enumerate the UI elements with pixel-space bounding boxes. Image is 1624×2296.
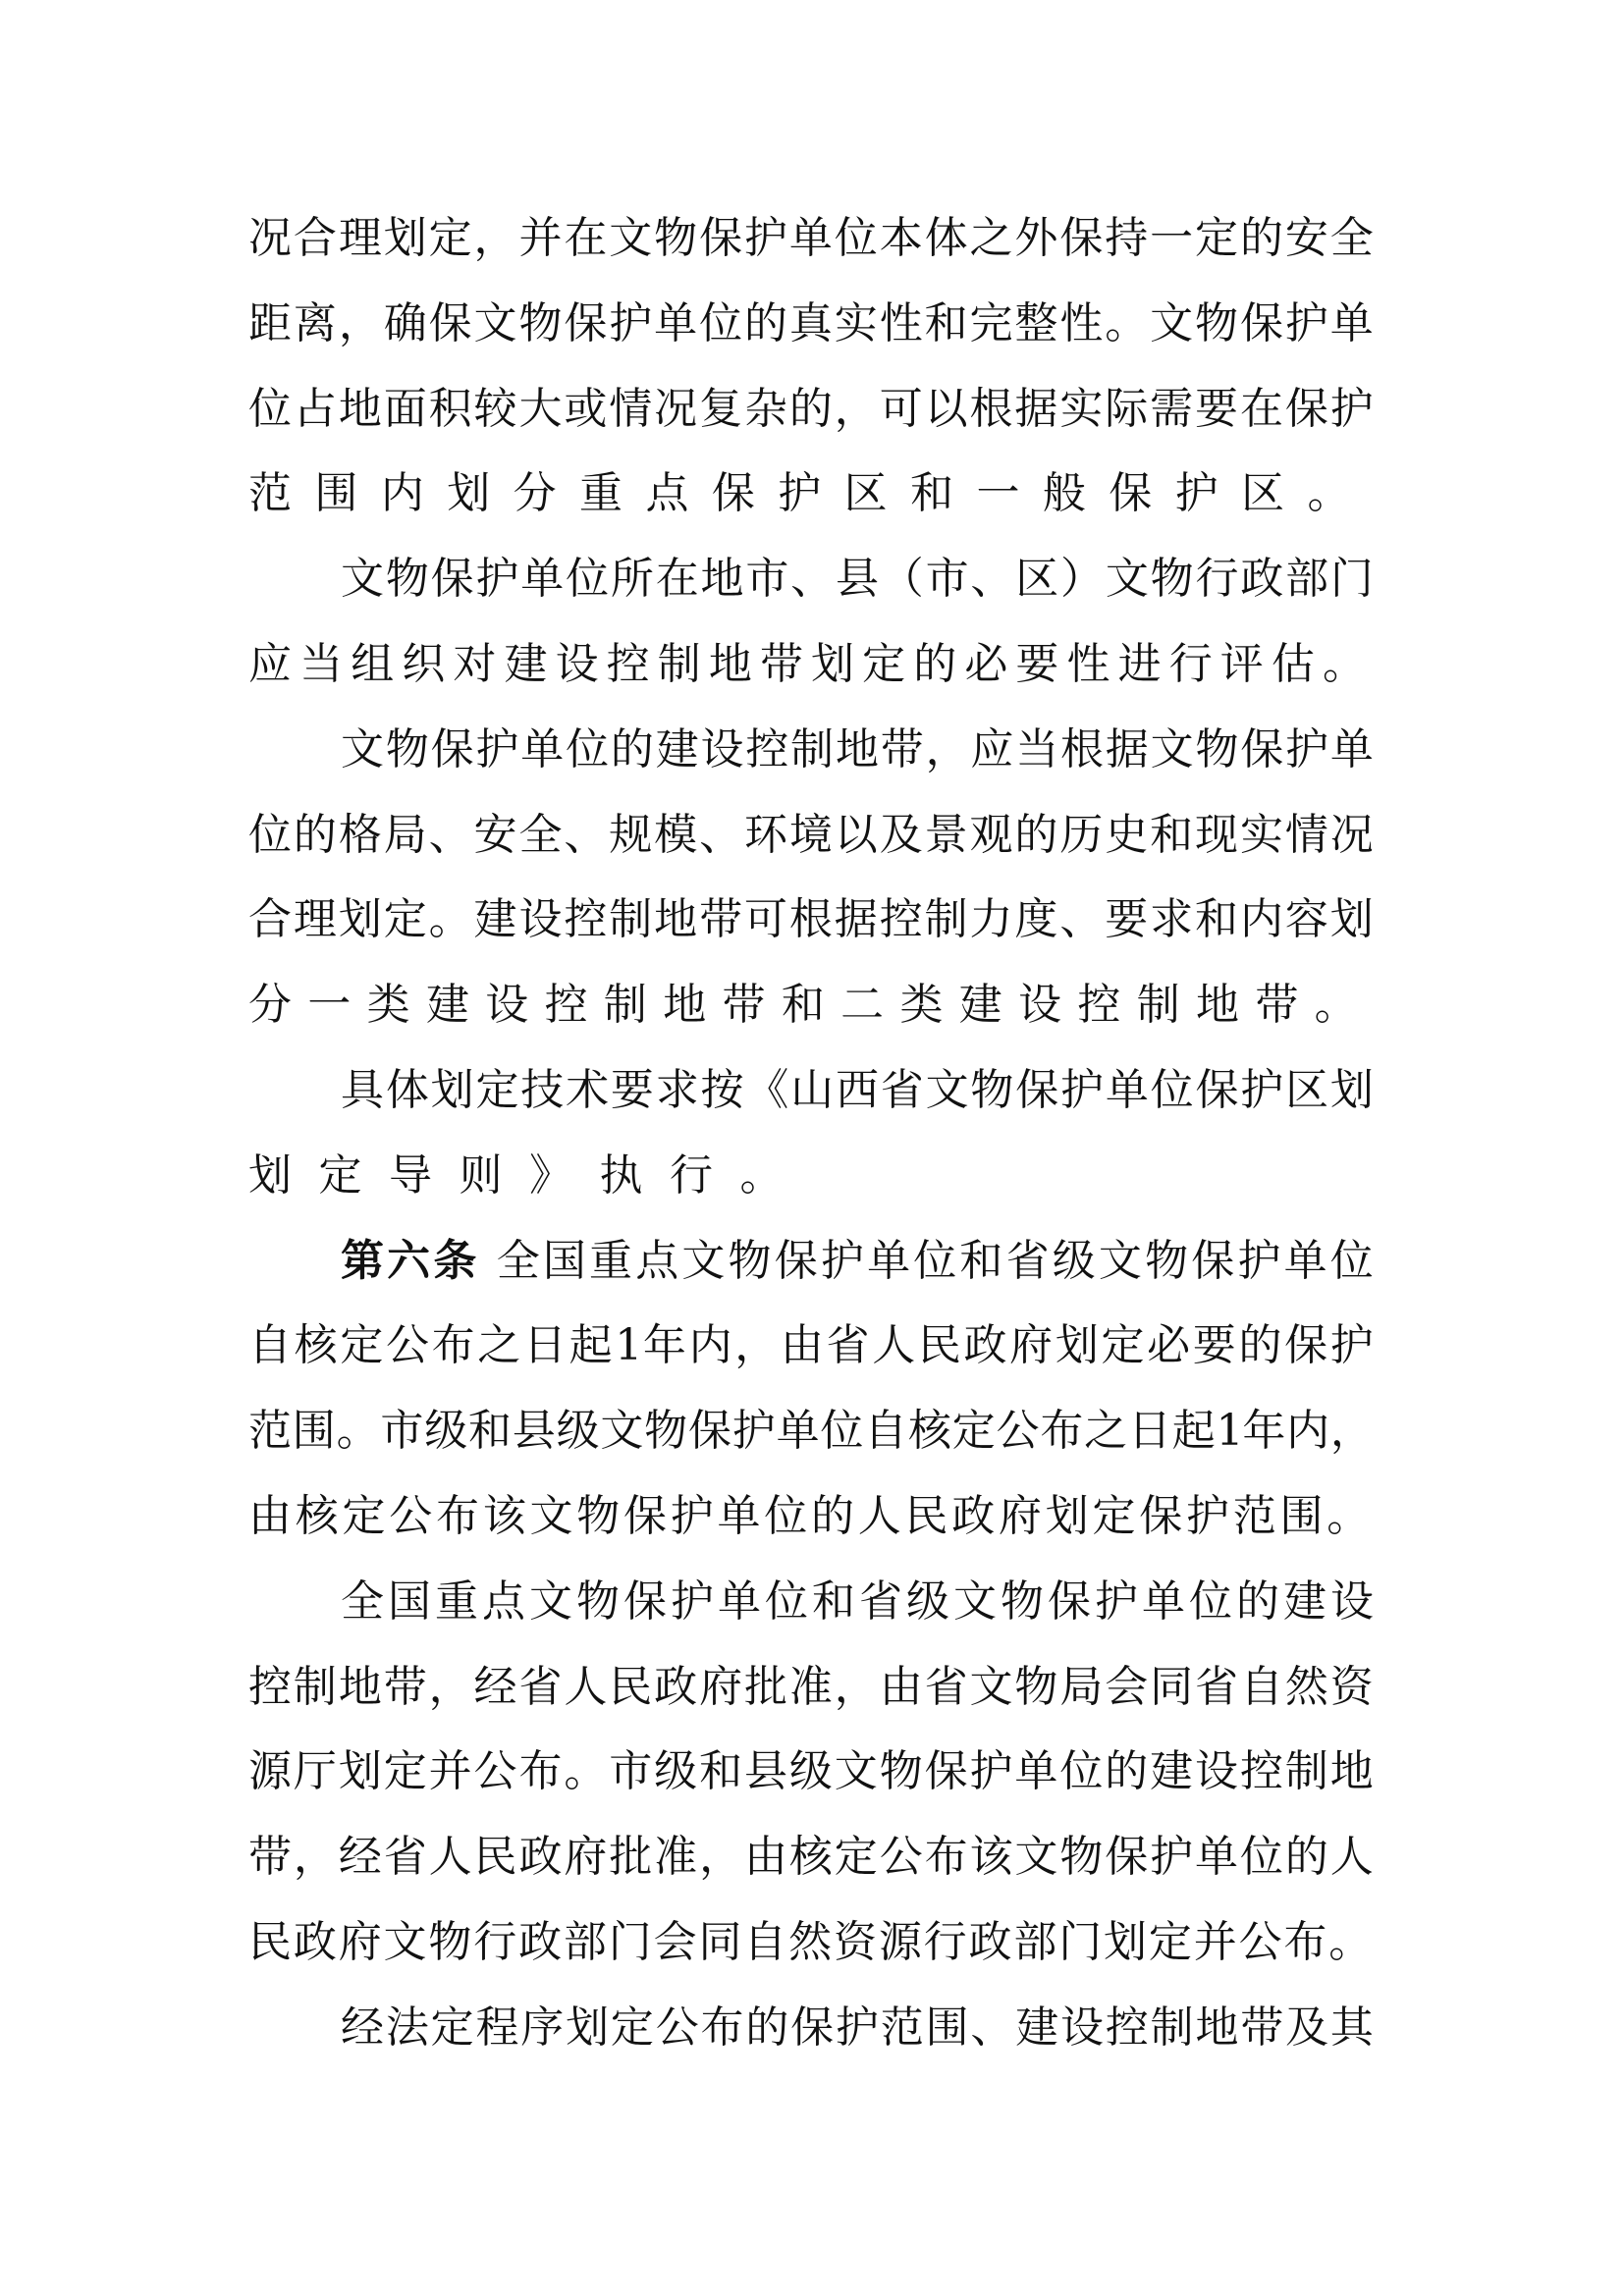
text-char: 在 — [564, 209, 607, 268]
text-char: 范 — [881, 1999, 924, 2057]
text-char: 位 — [765, 1573, 808, 1631]
text-char: 组 — [351, 635, 402, 694]
text-char: 保 — [1139, 1487, 1186, 1546]
text-char: 的 — [745, 1999, 788, 2057]
text-char: 物 — [1195, 721, 1238, 779]
text-char: 按 — [701, 1061, 744, 1120]
text-char: 核 — [296, 1487, 343, 1546]
text-char: 市 — [609, 1742, 652, 1801]
text-char: 地 — [1195, 1999, 1238, 2057]
text-char: 布 — [701, 1999, 744, 2057]
text-line: 况合理划定，并在文物保护单位本体之外保持一定的安全 — [248, 209, 1374, 294]
text-char: 制 — [1285, 1742, 1328, 1801]
text-line: 民政府文物行政部门会同自然资源行政部门划定并公布。 — [248, 1913, 1374, 1999]
text-line: 控制地带，经省人民政府批准，由省文物局会同省自然资 — [248, 1658, 1374, 1743]
text-char: 的 — [1238, 1316, 1281, 1375]
text-char: 建 — [656, 721, 699, 779]
text-char: 保 — [1191, 1232, 1234, 1291]
text-char: 由 — [248, 1487, 296, 1546]
text-char: 级 — [654, 1742, 697, 1801]
text-char: 物 — [970, 1061, 1013, 1120]
text-line: 源厅划定并公布。市级和县级文物保护单位的建设控制地 — [248, 1742, 1374, 1828]
text-char: 重 — [579, 464, 645, 523]
text-char: 划 — [339, 890, 382, 949]
text-char: 或 — [564, 380, 607, 439]
text-char: 和 — [925, 294, 968, 353]
text-char: 实 — [1240, 806, 1283, 865]
text-char: 民 — [905, 1487, 952, 1546]
text-char: 地 — [709, 635, 760, 694]
text-char: 1 — [1217, 1402, 1242, 1461]
text-line: 应当组织对建设控制地带划定的必要性进行评估。 — [248, 635, 1374, 721]
text-char: 保 — [1109, 464, 1174, 523]
text-char: 护 — [744, 209, 787, 268]
text-char: 况 — [654, 380, 697, 439]
text-char: 设 — [701, 721, 744, 779]
text-char: 划 — [1330, 1061, 1374, 1120]
text-char: 。 — [1308, 464, 1374, 523]
text-char: 核 — [789, 1828, 833, 1887]
text-char: 围 — [314, 464, 380, 523]
text-char: 公 — [997, 1402, 1040, 1461]
text-char: 府 — [699, 1658, 742, 1717]
text-char: 根 — [1060, 721, 1104, 779]
text-char: 要 — [611, 1061, 654, 1120]
text-char: 行 — [924, 1913, 969, 1972]
text-char: 分 — [514, 464, 579, 523]
text-char: 批 — [609, 1828, 652, 1887]
text-char: 护 — [970, 1742, 1013, 1801]
text-char: 情 — [1285, 806, 1328, 865]
text-char: 划 — [384, 209, 427, 268]
text-char: 性 — [1059, 294, 1103, 353]
text-char: 政 — [951, 1487, 999, 1546]
text-char: 点 — [635, 1232, 678, 1291]
text-char: 政 — [654, 1658, 697, 1717]
text-char: 布 — [1040, 1402, 1083, 1461]
text-char: 带 — [1255, 976, 1314, 1035]
text-char: 设 — [518, 890, 562, 949]
text-char: 必 — [964, 635, 1015, 694]
text-char: 区 — [1015, 550, 1058, 609]
text-char: 门 — [1330, 550, 1374, 609]
text-char: 公 — [474, 1742, 517, 1801]
text-char: 术 — [566, 1061, 609, 1120]
text-char: 及 — [880, 806, 923, 865]
text-char: 门 — [609, 1913, 654, 1972]
text-char: 物 — [1014, 1658, 1057, 1717]
text-char: 单 — [1014, 1742, 1057, 1801]
text-char: 重 — [435, 1573, 478, 1631]
text-char: 政 — [294, 1913, 339, 1972]
text-char: 省 — [881, 1061, 924, 1120]
text-char: 的 — [1236, 1573, 1279, 1631]
text-char: 级 — [1053, 1232, 1096, 1291]
text-char: 公 — [386, 1316, 429, 1375]
text-char: 制 — [294, 1658, 337, 1717]
text-char: 护 — [609, 294, 652, 353]
text-char: 求 — [656, 1061, 699, 1120]
text-char: 重 — [589, 1232, 632, 1291]
text-char: 求 — [1150, 890, 1193, 949]
text-char: 单 — [777, 1402, 820, 1461]
text-char: 地 — [339, 1658, 382, 1717]
text-char: 物 — [1195, 294, 1238, 353]
text-char: 护 — [1330, 380, 1374, 439]
text-line: 划定导则》执行。 — [248, 1147, 1374, 1232]
text-char: 会 — [654, 1913, 699, 1972]
text-char: 导 — [389, 1147, 460, 1205]
text-char: 具 — [341, 1061, 384, 1120]
text-char: 据 — [835, 890, 878, 949]
text-char: 位 — [248, 380, 292, 439]
text-char: 单 — [1284, 1232, 1327, 1291]
text-char: 单 — [867, 1232, 910, 1291]
text-char: 布 — [432, 1316, 475, 1375]
text-char: 部 — [1013, 1913, 1058, 1972]
text-char: 据 — [1106, 721, 1149, 779]
text-char: 市 — [745, 550, 788, 609]
text-char: 序 — [520, 1999, 564, 2057]
text-char: 景 — [925, 806, 968, 865]
text-char: 对 — [453, 635, 504, 694]
text-char: 位 — [1151, 1061, 1194, 1120]
text-char: 准 — [789, 1658, 833, 1717]
text-char: 划 — [1046, 1487, 1093, 1546]
text-char: 建 — [1283, 1573, 1326, 1631]
text-char: 控 — [545, 976, 604, 1035]
text-char: 布 — [1283, 1913, 1328, 1972]
text-char: 批 — [744, 1658, 787, 1717]
text-char: 设 — [1195, 1742, 1238, 1801]
text-char: 人 — [858, 1487, 905, 1546]
text-char: 全 — [1330, 209, 1374, 268]
text-char: 大 — [518, 380, 562, 439]
text-char: 控 — [1106, 1999, 1149, 2057]
text-char: 地 — [701, 550, 744, 609]
text-char: 般 — [1043, 464, 1109, 523]
text-char: 复 — [699, 380, 742, 439]
text-char: 护 — [671, 1573, 714, 1631]
text-char: 和 — [782, 976, 840, 1035]
text-char: 政 — [969, 1913, 1014, 1972]
text-char: 物 — [576, 1487, 623, 1546]
text-char: 级 — [557, 1402, 600, 1461]
text-char: 保 — [431, 721, 474, 779]
text-line: 文物保护单位所在地市、县（市、区）文物行政部门 — [248, 550, 1374, 635]
text-char: 定 — [952, 1402, 996, 1461]
text-line: 位的格局、安全、规模、环境以及景观的历史和现实情况 — [248, 806, 1374, 891]
text-char: 由 — [781, 1316, 824, 1375]
article-heading-char: 条 — [433, 1232, 476, 1291]
text-char: 面 — [384, 380, 427, 439]
text-char: 并 — [1194, 1913, 1239, 1972]
text-char: 模 — [654, 806, 697, 865]
text-char: 政 — [518, 1828, 562, 1887]
text-char: 。 — [1105, 294, 1148, 353]
text-char: 县 — [744, 1742, 787, 1801]
text-char: 人 — [429, 1828, 472, 1887]
text-char: 以 — [835, 806, 878, 865]
text-char: 级 — [424, 1402, 467, 1461]
text-char: 类 — [899, 976, 958, 1035]
text-char: 文 — [1150, 294, 1193, 353]
text-char: 文 — [970, 1658, 1013, 1717]
text-char: 设 — [1060, 1999, 1104, 2057]
text-char: 定 — [1195, 209, 1238, 268]
text-char: 》 — [529, 1147, 600, 1205]
text-char: 山 — [790, 1061, 834, 1120]
text-char: 公 — [880, 1828, 923, 1887]
text-char: 全 — [341, 1573, 384, 1631]
text-char: 物 — [729, 1232, 772, 1291]
text-char: 源 — [248, 1742, 292, 1801]
text-char: 布 — [436, 1487, 483, 1546]
text-char: 度 — [1014, 890, 1057, 949]
text-char: 物 — [386, 550, 429, 609]
text-char: 点 — [645, 464, 711, 523]
text-char: 定 — [1101, 1316, 1144, 1375]
text-char: 建 — [474, 890, 517, 949]
text-char: 行 — [473, 1913, 518, 1972]
text-char: 一 — [976, 464, 1042, 523]
text-char: 安 — [474, 806, 517, 865]
text-char: 体 — [386, 1061, 429, 1120]
text-char: 部 — [1285, 550, 1328, 609]
text-char: 物 — [654, 209, 697, 268]
text-char: 制 — [1137, 976, 1196, 1035]
text-char: ， — [699, 1828, 742, 1887]
text-char: 省 — [925, 1658, 968, 1717]
text-char: 和 — [959, 1232, 1002, 1291]
text-char: 境 — [789, 806, 833, 865]
text-char: 物 — [386, 721, 429, 779]
text-char: 积 — [429, 380, 472, 439]
text-char: 民 — [474, 1828, 517, 1887]
text-char: 确 — [384, 294, 427, 353]
text-char: 由 — [744, 1828, 787, 1887]
text-char: 理 — [294, 890, 337, 949]
text-char: 护 — [1095, 1573, 1138, 1631]
text-char: 、 — [699, 806, 742, 865]
text-char: 要 — [1193, 1316, 1236, 1375]
text-char: 带 — [384, 1658, 427, 1717]
text-char: 定 — [1093, 1487, 1140, 1546]
text-char: 的 — [1014, 806, 1057, 865]
text-char: 内 — [1240, 890, 1283, 949]
text-line: 分一类建设控制地带和二类建设控制地带。 — [248, 976, 1374, 1061]
text-char: 内 — [381, 464, 447, 523]
text-char: 文 — [1099, 1232, 1142, 1291]
text-char: 保 — [699, 209, 742, 268]
text-char: 位 — [1240, 1828, 1283, 1887]
text-char: 定 — [319, 1147, 390, 1205]
text-char: 制 — [609, 890, 652, 949]
text-char: 。 — [1326, 1487, 1374, 1546]
text-char: 文 — [681, 1232, 725, 1291]
text-char: 部 — [564, 1913, 609, 1972]
text-char: 带 — [881, 721, 924, 779]
text-char: 保 — [1048, 1573, 1091, 1631]
text-char: 定 — [611, 1999, 654, 2057]
text-line: 全国重点文物保护单位和省级文物保护单位的建设 — [248, 1573, 1374, 1658]
text-char: 府 — [1009, 1316, 1053, 1375]
text-char: 要 — [1105, 890, 1148, 949]
text-char: 并 — [518, 209, 562, 268]
text-char: 保 — [925, 1742, 968, 1801]
text-char: 位 — [248, 806, 292, 865]
text-char: 然 — [788, 1913, 834, 1972]
text-line: 位占地面积较大或情况复杂的，可以根据实际需要在保护 — [248, 380, 1374, 465]
text-char: 政 — [1240, 550, 1283, 609]
text-char: 较 — [474, 380, 517, 439]
text-char: 公 — [656, 1999, 699, 2057]
text-char: 控 — [1077, 976, 1136, 1035]
text-char: 文 — [926, 1061, 969, 1120]
text-char: 控 — [564, 890, 607, 949]
text-char: 。 — [1328, 1913, 1374, 1972]
text-char: 政 — [964, 1316, 1007, 1375]
text-line: 合理划定。建设控制地带可根据控制力度、要求和内容划 — [248, 890, 1374, 976]
text-char: 保 — [1285, 380, 1328, 439]
text-char: 和 — [1195, 890, 1238, 949]
text-line: 文物保护单位的建设控制地带，应当根据文物保护单 — [248, 721, 1374, 806]
text-char: 文 — [529, 1573, 572, 1631]
text-char: 和 — [1150, 806, 1193, 865]
text-char: 区 — [1285, 1061, 1328, 1120]
text-char: 建 — [1150, 1742, 1193, 1801]
text-char: 该 — [483, 1487, 530, 1546]
text-char: 划 — [447, 464, 513, 523]
text-char: 民 — [248, 1913, 294, 1972]
text-char: 的 — [1285, 1828, 1328, 1887]
text-char: 位 — [764, 1487, 811, 1546]
text-char: 设 — [556, 635, 607, 694]
text-char: 文 — [474, 294, 517, 353]
text-char: 法 — [386, 1999, 429, 2057]
text-line: 具体划定技术要求按《山西省文物保护单位保护区划 — [248, 1061, 1374, 1147]
text-char: 历 — [1059, 806, 1103, 865]
text-char: 由 — [880, 1658, 923, 1717]
text-char: 力 — [970, 890, 1013, 949]
text-char: 技 — [520, 1061, 564, 1120]
text-char: 占 — [294, 380, 337, 439]
text-char: 控 — [607, 635, 658, 694]
text-char: 单 — [718, 1573, 761, 1631]
text-char: 织 — [402, 635, 453, 694]
text-char: 护 — [1237, 1232, 1280, 1291]
text-char: 其 — [1330, 1999, 1374, 2057]
text-char: 范 — [1233, 1487, 1280, 1546]
text-char: 环 — [744, 806, 787, 865]
text-char: 然 — [1285, 1658, 1328, 1717]
text-char: 。 — [1315, 976, 1374, 1035]
text-char: 控 — [745, 721, 788, 779]
article-heading-char: 六 — [387, 1232, 430, 1291]
text-char: 起 — [1172, 1402, 1216, 1461]
text-char: 护 — [732, 1402, 776, 1461]
text-char: 护 — [475, 721, 518, 779]
text-char: ， — [294, 1828, 337, 1887]
text-char: 设 — [1330, 1573, 1374, 1631]
text-char: 划 — [431, 1061, 474, 1120]
text-char: ， — [429, 1658, 472, 1717]
text-char: 、 — [970, 550, 1013, 609]
text-char: 文 — [1151, 721, 1194, 779]
text-char: 的 — [913, 635, 964, 694]
text-char: ， — [339, 294, 382, 353]
text-char: 的 — [1240, 209, 1283, 268]
text-char: 区 — [1241, 464, 1307, 523]
text-char: 带 — [699, 890, 742, 949]
text-char: 点 — [482, 1573, 525, 1631]
text-char: 外 — [1014, 209, 1057, 268]
text-char: 单 — [1330, 721, 1374, 779]
text-char: ） — [1060, 550, 1104, 609]
text-char: 当 — [1015, 721, 1058, 779]
text-char: 则 — [460, 1147, 530, 1205]
text-char: 位 — [566, 721, 609, 779]
text-char: 划 — [1330, 890, 1374, 949]
text-char: 自 — [743, 1913, 788, 1972]
text-char: 文 — [530, 1487, 577, 1546]
text-char: 保 — [623, 1487, 671, 1546]
text-char: ， — [734, 1316, 778, 1375]
text-char: 府 — [999, 1487, 1046, 1546]
text-char: 府 — [339, 1913, 384, 1972]
text-char: 划 — [1056, 1316, 1099, 1375]
text-char: 起 — [569, 1316, 613, 1375]
text-char: 、 — [564, 806, 607, 865]
text-char: 全 — [518, 806, 562, 865]
text-char: 之 — [1084, 1402, 1127, 1461]
text-char: 定 — [835, 1828, 878, 1887]
text-char: 建 — [1015, 1999, 1058, 2057]
text-char: 定 — [384, 1742, 427, 1801]
text-char: 根 — [970, 380, 1013, 439]
text-char: 护 — [671, 1487, 718, 1546]
text-char: 、 — [790, 550, 834, 609]
text-char: 资 — [1330, 1658, 1374, 1717]
text-char: 物 — [1151, 550, 1194, 609]
text-char: 划 — [811, 635, 862, 694]
text-line: 范围内划分重点保护区和一般保护区。 — [248, 464, 1374, 550]
text-char: 保 — [431, 550, 474, 609]
text-char: 。 — [740, 1147, 811, 1205]
text-char: 护 — [1285, 294, 1328, 353]
text-char: 保 — [429, 294, 472, 353]
text-char: 位 — [566, 550, 609, 609]
text-char: 文 — [341, 721, 384, 779]
text-char: 人 — [564, 1658, 607, 1717]
text-char: 核 — [908, 1402, 951, 1461]
text-char: 划 — [248, 1147, 319, 1205]
text-char: 。 — [1323, 635, 1374, 694]
text-char: 进 — [1118, 635, 1169, 694]
text-char: 民 — [918, 1316, 961, 1375]
text-char: 布 — [518, 1742, 562, 1801]
text-char: ， — [835, 1658, 878, 1717]
text-char: 保 — [1195, 1061, 1238, 1120]
text-char: 位 — [820, 1402, 863, 1461]
text-char: 保 — [1240, 294, 1283, 353]
text-char: 国 — [388, 1573, 431, 1631]
text-char: 据 — [1014, 380, 1057, 439]
text-char: 设 — [1018, 976, 1077, 1035]
text-char: 要 — [1195, 380, 1238, 439]
text-line: 带，经省人民政府批准，由核定公布该文物保护单位的人 — [248, 1828, 1374, 1913]
text-char: 当 — [299, 635, 351, 694]
